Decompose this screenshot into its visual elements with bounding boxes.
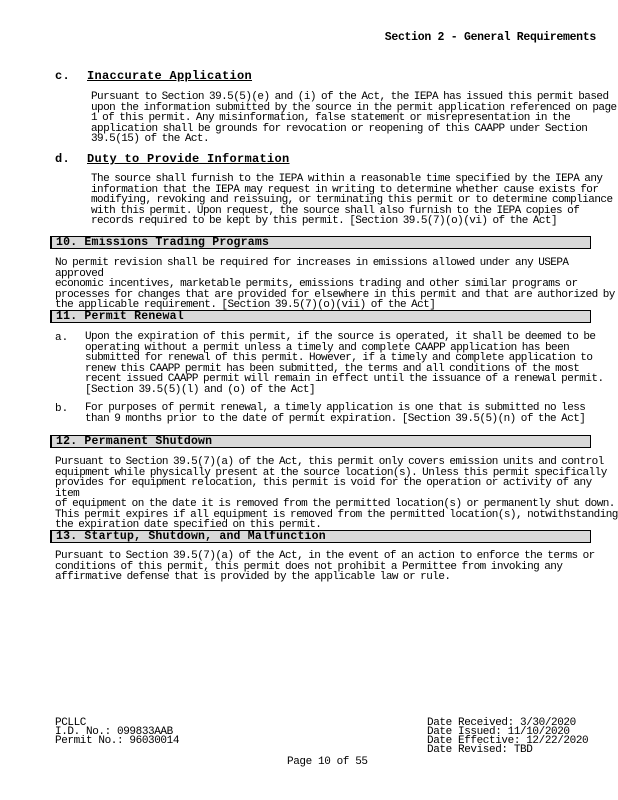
section-band-11: 11. Permit Renewal [50, 310, 591, 323]
item-body-b: For purposes of permit renewal, a timely… [85, 403, 585, 424]
page-header: Section 2 - General Requirements [385, 31, 596, 44]
subsection-heading-c: c.Inaccurate Application [55, 69, 252, 83]
subsection-title: Inaccurate Application [87, 69, 252, 83]
section-title: Permanent Shutdown [84, 435, 212, 448]
item-body-a: Upon the expiration of this permit, if t… [85, 332, 604, 395]
subsection-heading-d: d.Duty to Provide Information [55, 152, 290, 166]
subsection-body-c: Pursuant to Section 39.5(5)(e) and (i) o… [91, 92, 617, 145]
section-band-10: 10. Emissions Trading Programs [50, 236, 591, 249]
section-title: Permit Renewal [84, 310, 183, 323]
section-title: Emissions Trading Programs [84, 236, 269, 249]
section-number: 11. [56, 310, 77, 323]
section-body-12: Pursuant to Section 39.5(7)(a) of the Ac… [55, 457, 618, 531]
section-title: Startup, Shutdown, and Malfunction [84, 530, 325, 543]
subsection-letter: d. [55, 152, 87, 166]
subsection-body-d: The source shall furnish to the IEPA wit… [91, 174, 613, 227]
subsection-title: Duty to Provide Information [87, 152, 290, 166]
item-letter-b: b. [55, 403, 68, 415]
footer-left: PCLLC I.D. No.: 099833AAB Permit No.: 96… [55, 719, 179, 746]
footer-right: Date Received: 3/30/2020 Date Issued: 11… [427, 719, 588, 755]
page-number: Page 10 of 55 [287, 756, 368, 768]
section-band-12: 12. Permanent Shutdown [50, 435, 591, 448]
item-letter-a: a. [55, 332, 68, 344]
section-body-13: Pursuant to Section 39.5(7)(a) of the Ac… [55, 551, 595, 583]
section-band-13: 13. Startup, Shutdown, and Malfunction [50, 530, 591, 543]
section-number: 10. [56, 236, 77, 249]
section-body-10: No permit revision shall be required for… [55, 258, 618, 311]
footer-permit-number: Permit No.: 96030014 [55, 737, 179, 746]
document-page: Section 2 - General Requirements c.Inacc… [0, 0, 618, 800]
section-number: 12. [56, 435, 77, 448]
section-number: 13. [56, 530, 77, 543]
subsection-letter: c. [55, 69, 87, 83]
footer-date-revised: Date Revised: TBD [427, 746, 588, 755]
